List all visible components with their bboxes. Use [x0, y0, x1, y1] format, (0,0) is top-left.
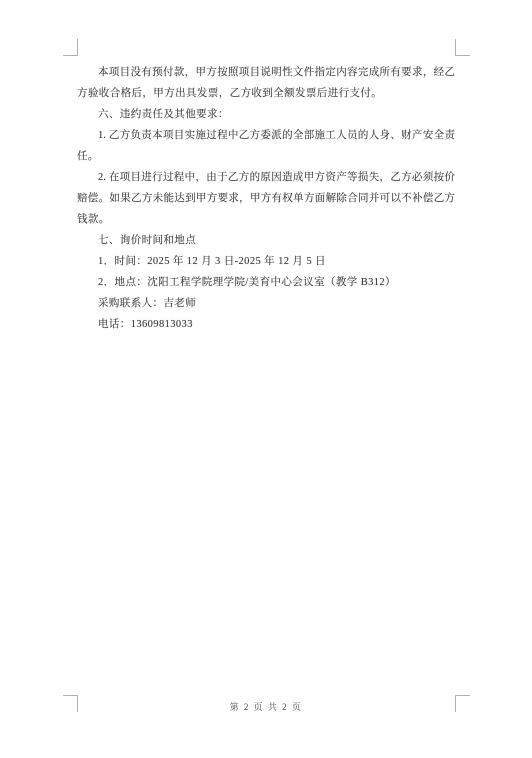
text-line: 七、询价时间和地点 [77, 230, 455, 251]
text-line: 1. 乙方负责本项目实施过程中乙方委派的全部施工人员的人身、财产安全责 [77, 125, 455, 146]
document-body: 本项目没有预付款，甲方按照项目说明性文件指定内容完成所有要求，经乙方验收合格后，… [77, 62, 455, 335]
text-line: 任。 [77, 146, 455, 167]
text-boundary-mark-top-right [455, 39, 470, 56]
text-boundary-mark-top-left [63, 39, 78, 56]
text-line: 1．时间：2025 年 12 月 3 日-2025 年 12 月 5 日 [77, 251, 455, 272]
text-line: 六、违约责任及其他要求： [77, 104, 455, 125]
page-number-footer: 第 2 页 共 2 页 [0, 700, 532, 713]
document-page: 本项目没有预付款，甲方按照项目说明性文件指定内容完成所有要求，经乙方验收合格后，… [0, 0, 532, 758]
text-line: 钱款。 [77, 209, 455, 230]
text-line: 电话：13609813033 [77, 314, 455, 335]
text-line: 2．地点：沈阳工程学院理学院/美育中心会议室（教学 B312） [77, 272, 455, 293]
text-line: 采购联系人：吉老师 [77, 293, 455, 314]
text-line: 2. 在项目进行过程中，由于乙方的原因造成甲方资产等损失，乙方必须按价 [77, 167, 455, 188]
text-line: 赔偿。如果乙方未能达到甲方要求，甲方有权单方面解除合同并可以不补偿乙方 [77, 188, 455, 209]
text-line: 本项目没有预付款，甲方按照项目说明性文件指定内容完成所有要求，经乙 [77, 62, 455, 83]
text-line: 方验收合格后，甲方出具发票，乙方收到全额发票后进行支付。 [77, 83, 455, 104]
page-number-label: 第 2 页 共 2 页 [230, 702, 303, 712]
